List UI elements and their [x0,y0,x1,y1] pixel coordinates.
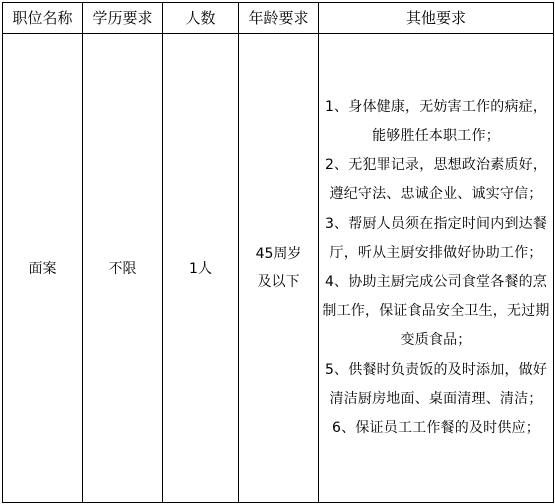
header-headcount: 人数 [163,3,239,34]
requirement-item-4: 4、协助主厨完成公司食堂各餐的烹制工作，保证食品安全卫生，无过期变质食品； [319,268,553,356]
age-line-1: 45周岁 [239,240,318,268]
requirement-item-5: 5、供餐时负责饭的及时添加，做好清洁厨房地面、桌面清理、清洁； [319,356,553,414]
cell-education: 不限 [83,34,163,503]
cell-headcount: 1人 [163,34,239,503]
header-education: 学历要求 [83,3,163,34]
job-requirements-table: 职位名称 学历要求 人数 年龄要求 其他要求 面案 不限 1人 45周岁 及以下… [2,2,554,503]
cell-other-requirements: 1、身体健康，无妨害工作的病症，能够胜任本职工作； 2、无犯罪记录，思想政治素质… [319,34,554,503]
header-other-requirements: 其他要求 [319,3,554,34]
cell-position: 面案 [3,34,83,503]
requirement-item-1: 1、身体健康，无妨害工作的病症，能够胜任本职工作； [319,93,553,151]
table-row: 面案 不限 1人 45周岁 及以下 1、身体健康，无妨害工作的病症，能够胜任本职… [3,34,554,503]
age-line-2: 及以下 [239,268,318,296]
requirement-item-6: 6、保证员工工作餐的及时供应； [319,414,553,443]
table-header-row: 职位名称 学历要求 人数 年龄要求 其他要求 [3,3,554,34]
cell-age: 45周岁 及以下 [239,34,319,503]
header-position: 职位名称 [3,3,83,34]
requirement-item-2: 2、无犯罪记录，思想政治素质好，遵纪守法、忠诚企业、诚实守信； [319,151,553,209]
header-age: 年龄要求 [239,3,319,34]
requirement-item-3: 3、帮厨人员须在指定时间内到达餐厅，听从主厨安排做好协助工作； [319,210,553,268]
